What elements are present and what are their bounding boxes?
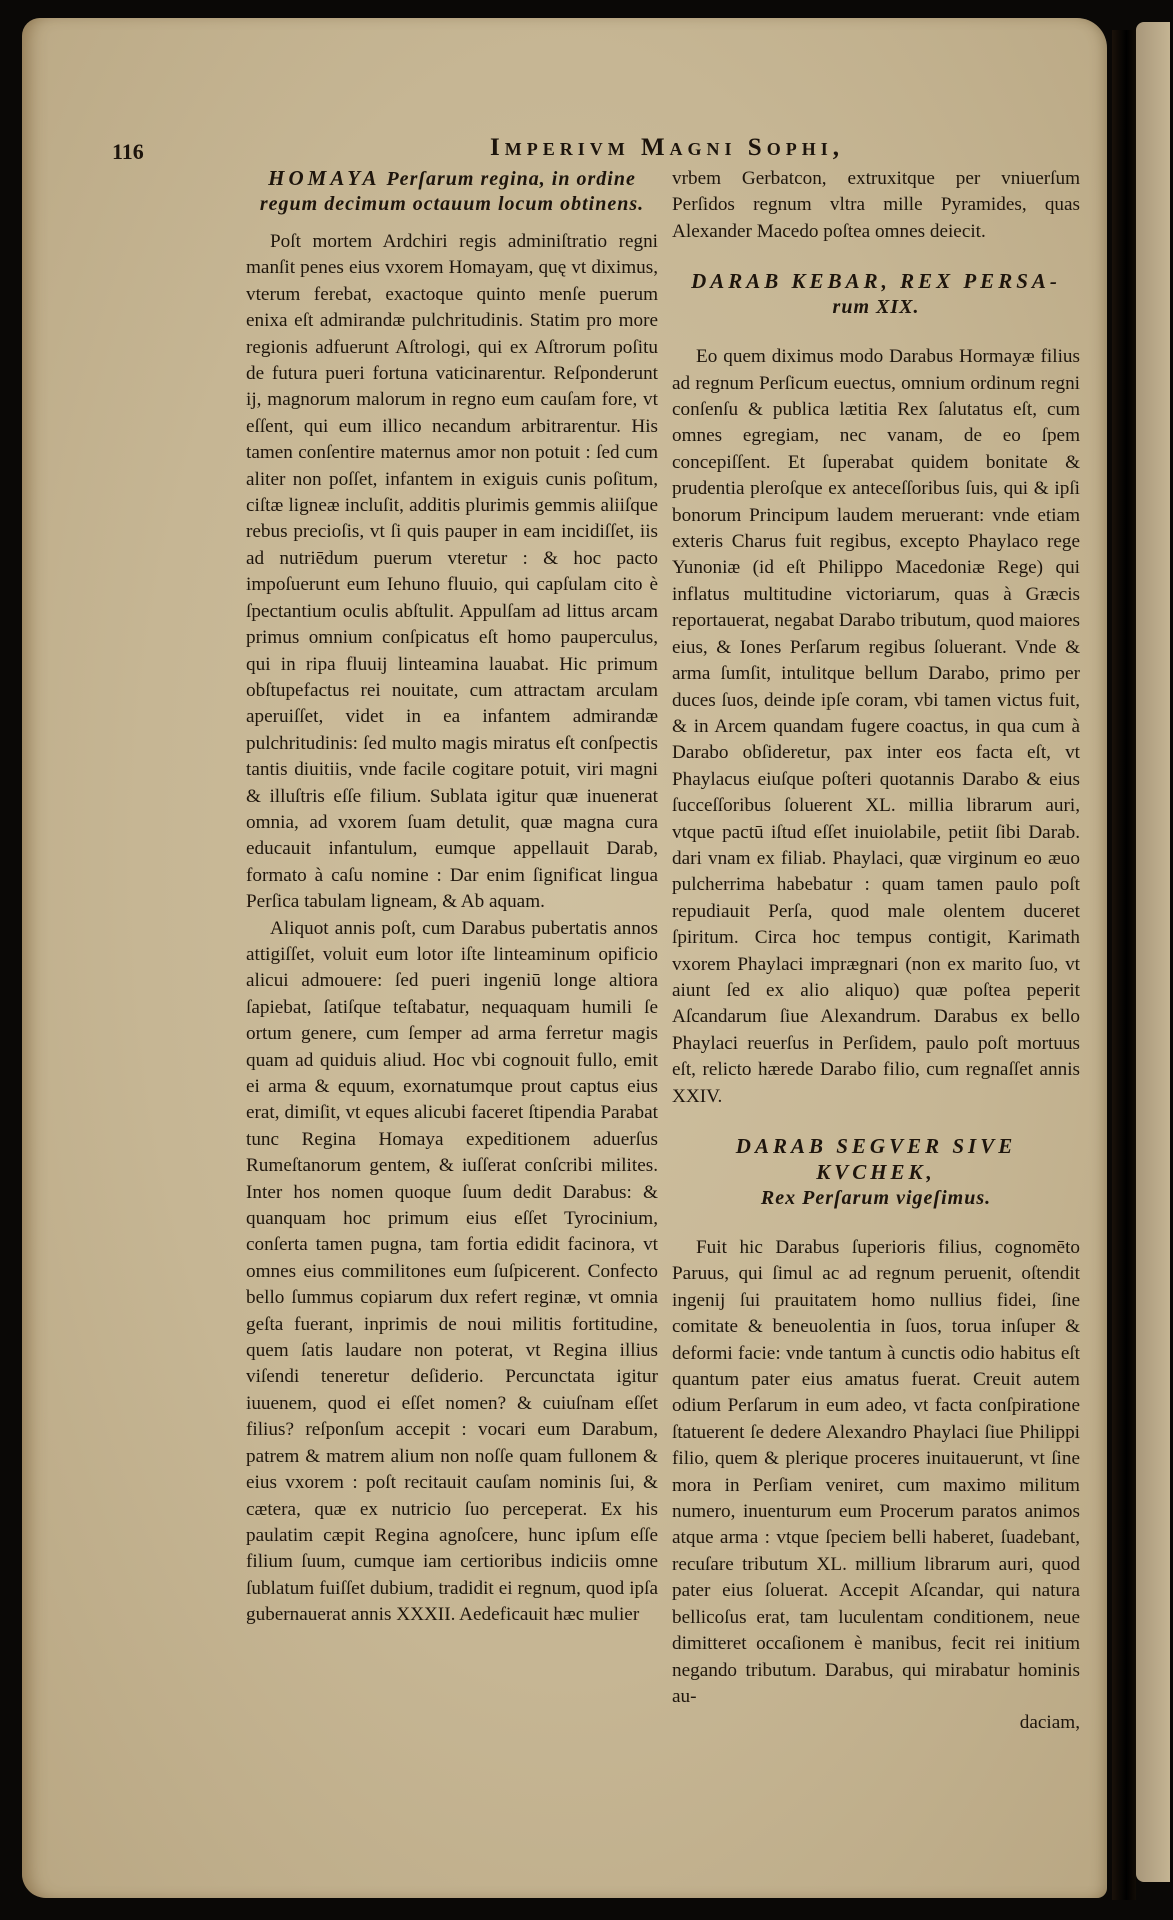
book-gutter [1112,30,1136,1900]
right-column: vrbem Gerbatcon, extruxitque per vniuerſ… [672,166,1080,1737]
left-column: HOMAYA Perſarum regina, in ordine regum … [246,166,658,1629]
running-head: Imperivm Magni Sophi, [490,134,844,162]
heading-caps: DARAB KEBAR, REX PERSA- [691,269,1061,293]
paragraph: Eo quem diximus modo Darabus Hormayæ fil… [672,344,1080,1110]
heading-rest: Rex Perſarum vigeſimus. [761,1187,991,1209]
continued-paragraph: vrbem Gerbatcon, extruxitque per vniuerſ… [672,166,1080,245]
paragraph: Fuit hic Darabus ſuperioris filius, cogn… [672,1235,1080,1710]
section-heading-homaya: HOMAYA Perſarum regina, in ordine regum … [246,166,658,217]
facing-page-edge [1136,22,1170,1882]
heading-caps: DARAB SEGVER SIVE KVCHEK, [736,1134,1016,1184]
page-number: 116 [112,139,144,165]
paragraph: Aliquot annis poſt, cum Darabus pubertat… [246,916,658,1629]
section-heading-darab-segver: DARAB SEGVER SIVE KVCHEK, Rex Perſarum v… [672,1134,1080,1211]
paragraph: Poſt mortem Ardchiri regis adminiſtratio… [246,229,658,916]
section-heading-darab-kebar: DARAB KEBAR, REX PERSA- rum XIX. [672,269,1080,320]
heading-rest: rum XIX. [833,296,920,318]
catchword: daciam, [672,1710,1080,1736]
heading-caps: HOMAYA [268,166,380,190]
